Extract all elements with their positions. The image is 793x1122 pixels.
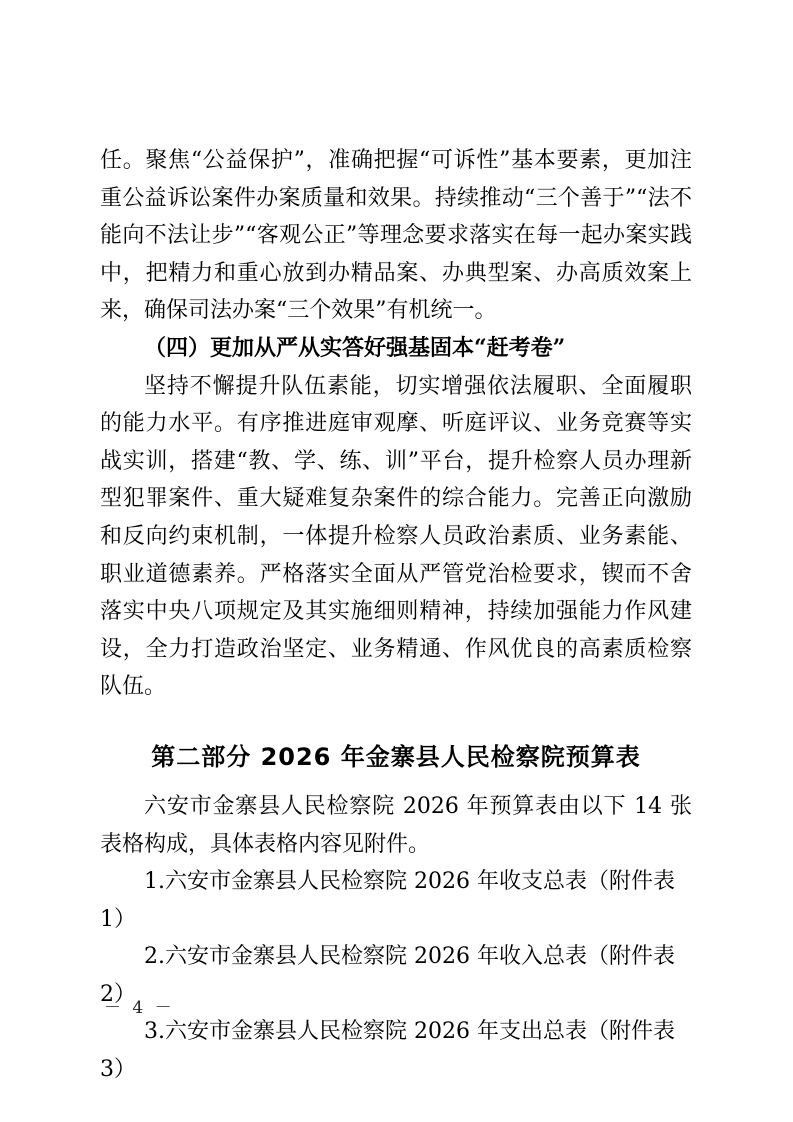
paragraph-continuation: 任。聚焦“公益保护”，准确把握“可诉性”基本要素，更加注重公益诉讼案件办案质量和…	[100, 142, 692, 330]
section-heading-four: （四）更加从严从实答好强基固本“赶考卷”	[100, 330, 692, 368]
part-two-heading: 第二部分 2026 年金寨县人民检察院预算表	[100, 738, 692, 776]
page-content: 任。聚焦“公益保护”，准确把握“可诉性”基本要素，更加注重公益诉讼案件办案质量和…	[100, 142, 692, 1089]
paragraph-budget-intro: 六安市金寨县人民检察院 2026 年预算表由以下 14 张表格构成，具体表格内容…	[100, 788, 692, 863]
document-page: 任。聚焦“公益保护”，准确把握“可诉性”基本要素，更加注重公益诉讼案件办案质量和…	[0, 0, 793, 1122]
budget-table-list-item-3: 3.六安市金寨县人民检察院 2026 年支出总表（附件表 3）	[100, 1013, 692, 1088]
page-number: － 4 －	[104, 998, 175, 1018]
budget-table-list-item-2: 2.六安市金寨县人民检察院 2026 年收入总表（附件表 2）	[100, 938, 692, 1013]
paragraph-team-building: 坚持不懈提升队伍素能，切实增强依法履职、全面履职的能力水平。有序推进庭审观摩、听…	[100, 368, 692, 706]
budget-table-list-item-1: 1.六安市金寨县人民检察院 2026 年收支总表（附件表 1）	[100, 863, 692, 938]
page-footer: － 4 －	[104, 998, 175, 1018]
